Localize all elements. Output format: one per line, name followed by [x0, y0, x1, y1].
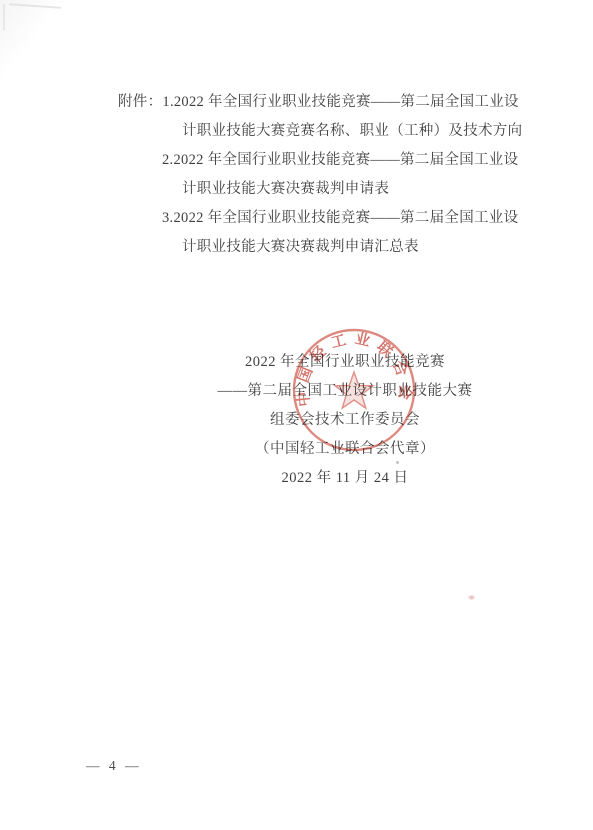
signature-date: 2022 年 11 月 24 日 [130, 464, 560, 493]
attachment-item-2-line-1: 2.2022 年全国行业职业技能竞赛——第二届全国工业设 [118, 146, 530, 175]
attachment-item-3-line-2: 计职业技能大赛决赛裁判申请汇总表 [118, 233, 530, 262]
attachment-item-1-line-2: 计职业技能大赛竞赛名称、职业（工种）及技术方向 [118, 117, 530, 146]
scan-artifact-corner-line [3, 4, 5, 30]
attachment-item-1-text: 1.2022 年全国行业职业技能竞赛——第二届全国工业设 [162, 94, 518, 110]
signature-seal-note: （中国轻工业联合会代章） [130, 435, 560, 464]
signature-block: 2022 年全国行业职业技能竞赛 ——第二届全国工业设计职业技能大赛 组委会技术… [130, 348, 560, 493]
attachments-section: 附件：1.2022 年全国行业职业技能竞赛——第二届全国工业设 计职业技能大赛竞… [118, 88, 530, 262]
scan-artifact-speck [468, 595, 475, 600]
attachment-item-3-line-1: 3.2022 年全国行业职业技能竞赛——第二届全国工业设 [118, 204, 530, 233]
attachment-label: 附件： [118, 94, 162, 110]
attachment-item-2-line-2: 计职业技能大赛决赛裁判申请表 [118, 175, 530, 204]
signature-competition-subtitle: ——第二届全国工业设计职业技能大赛 [130, 377, 560, 406]
page-number: — 4 — [86, 758, 142, 774]
signature-committee-name: 组委会技术工作委员会 [130, 406, 560, 435]
signature-competition-name: 2022 年全国行业职业技能竞赛 [130, 348, 560, 377]
attachment-item-1-line-1: 附件：1.2022 年全国行业职业技能竞赛——第二届全国工业设 [118, 88, 530, 117]
